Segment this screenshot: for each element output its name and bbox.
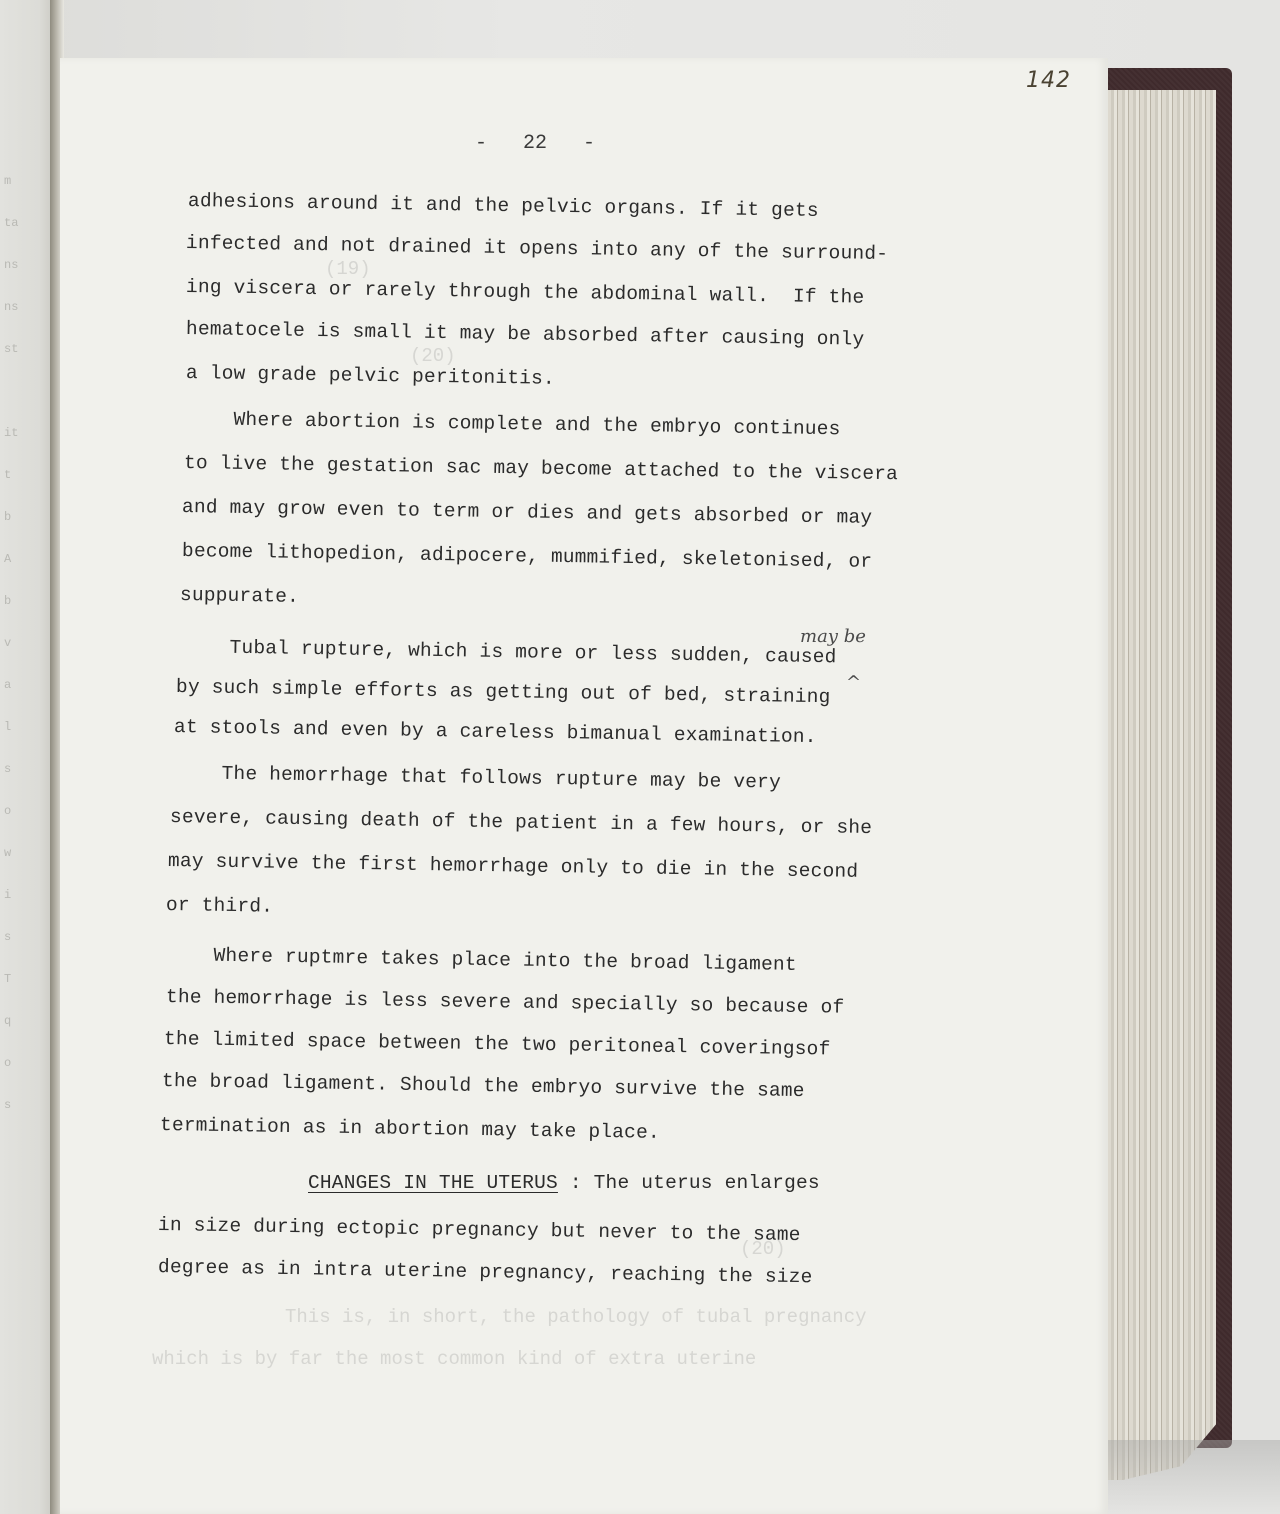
bleed-through-text: (20) [410, 345, 456, 367]
facing-page-left: mtansnsstittbAbvalsowisTqos [0, 0, 56, 1514]
facing-page-text-fragments: mtansnsstittbAbvalsowisTqos [4, 160, 24, 1126]
section-heading-rest: : The uterus enlarges [558, 1172, 820, 1194]
section-heading: CHANGES IN THE UTERUS : The uterus enlar… [308, 1172, 820, 1194]
bleed-through-text: which is by far the most common kind of … [152, 1348, 756, 1370]
handwritten-folio-number: 142 [1026, 68, 1071, 93]
text-line: suppurate. [180, 584, 299, 608]
page-number: - 22 - [475, 132, 595, 155]
page-edges [1100, 90, 1216, 1480]
section-heading-title: CHANGES IN THE UTERUS [308, 1172, 558, 1194]
handwritten-insertion: may be [800, 626, 866, 647]
bleed-through-text: This is, in short, the pathology of tuba… [285, 1306, 867, 1328]
caret-mark: ^ [846, 672, 861, 693]
book-shadow [1100, 1440, 1280, 1514]
text-line: or third. [166, 894, 273, 918]
bleed-through-text: (19) [325, 258, 371, 280]
